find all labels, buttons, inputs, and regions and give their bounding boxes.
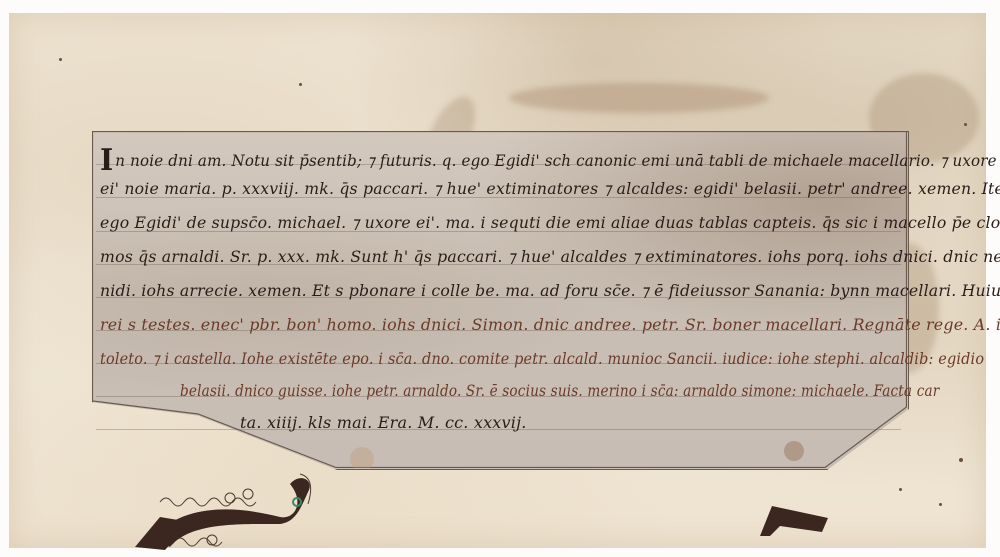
text-line-1: In noie dni am. Notu sit p̄sentib; ⁊ fut…	[100, 143, 997, 178]
text-line-7: toleto. ⁊ i castella. Iohe existēte epo.…	[100, 349, 984, 368]
text-line-5: nidi. iohs arrecie. xemen. Et s pbonare …	[100, 281, 1000, 300]
text-line-8: belasii. dnico guisse. iohe petr. arnald…	[180, 381, 939, 400]
text-line-9: ta. xiiij. kls mai. Era. M. cc. xxxvij.	[240, 413, 527, 432]
text-line-6: rei s testes. enec' pbr. bon' homo. iohs…	[100, 315, 1000, 334]
text-line-4: mos q̄s arnaldi. Sr. p. xxx. mk. Sunt h'…	[100, 247, 1000, 266]
text-line-2: ei' noie maria. p. xxxviij. mk. q̄s pacc…	[100, 179, 1000, 198]
text-line-3: ego Egidi' de supsc̄o. michael. ⁊ uxore …	[100, 213, 1000, 232]
initial-letter: I	[100, 143, 113, 178]
